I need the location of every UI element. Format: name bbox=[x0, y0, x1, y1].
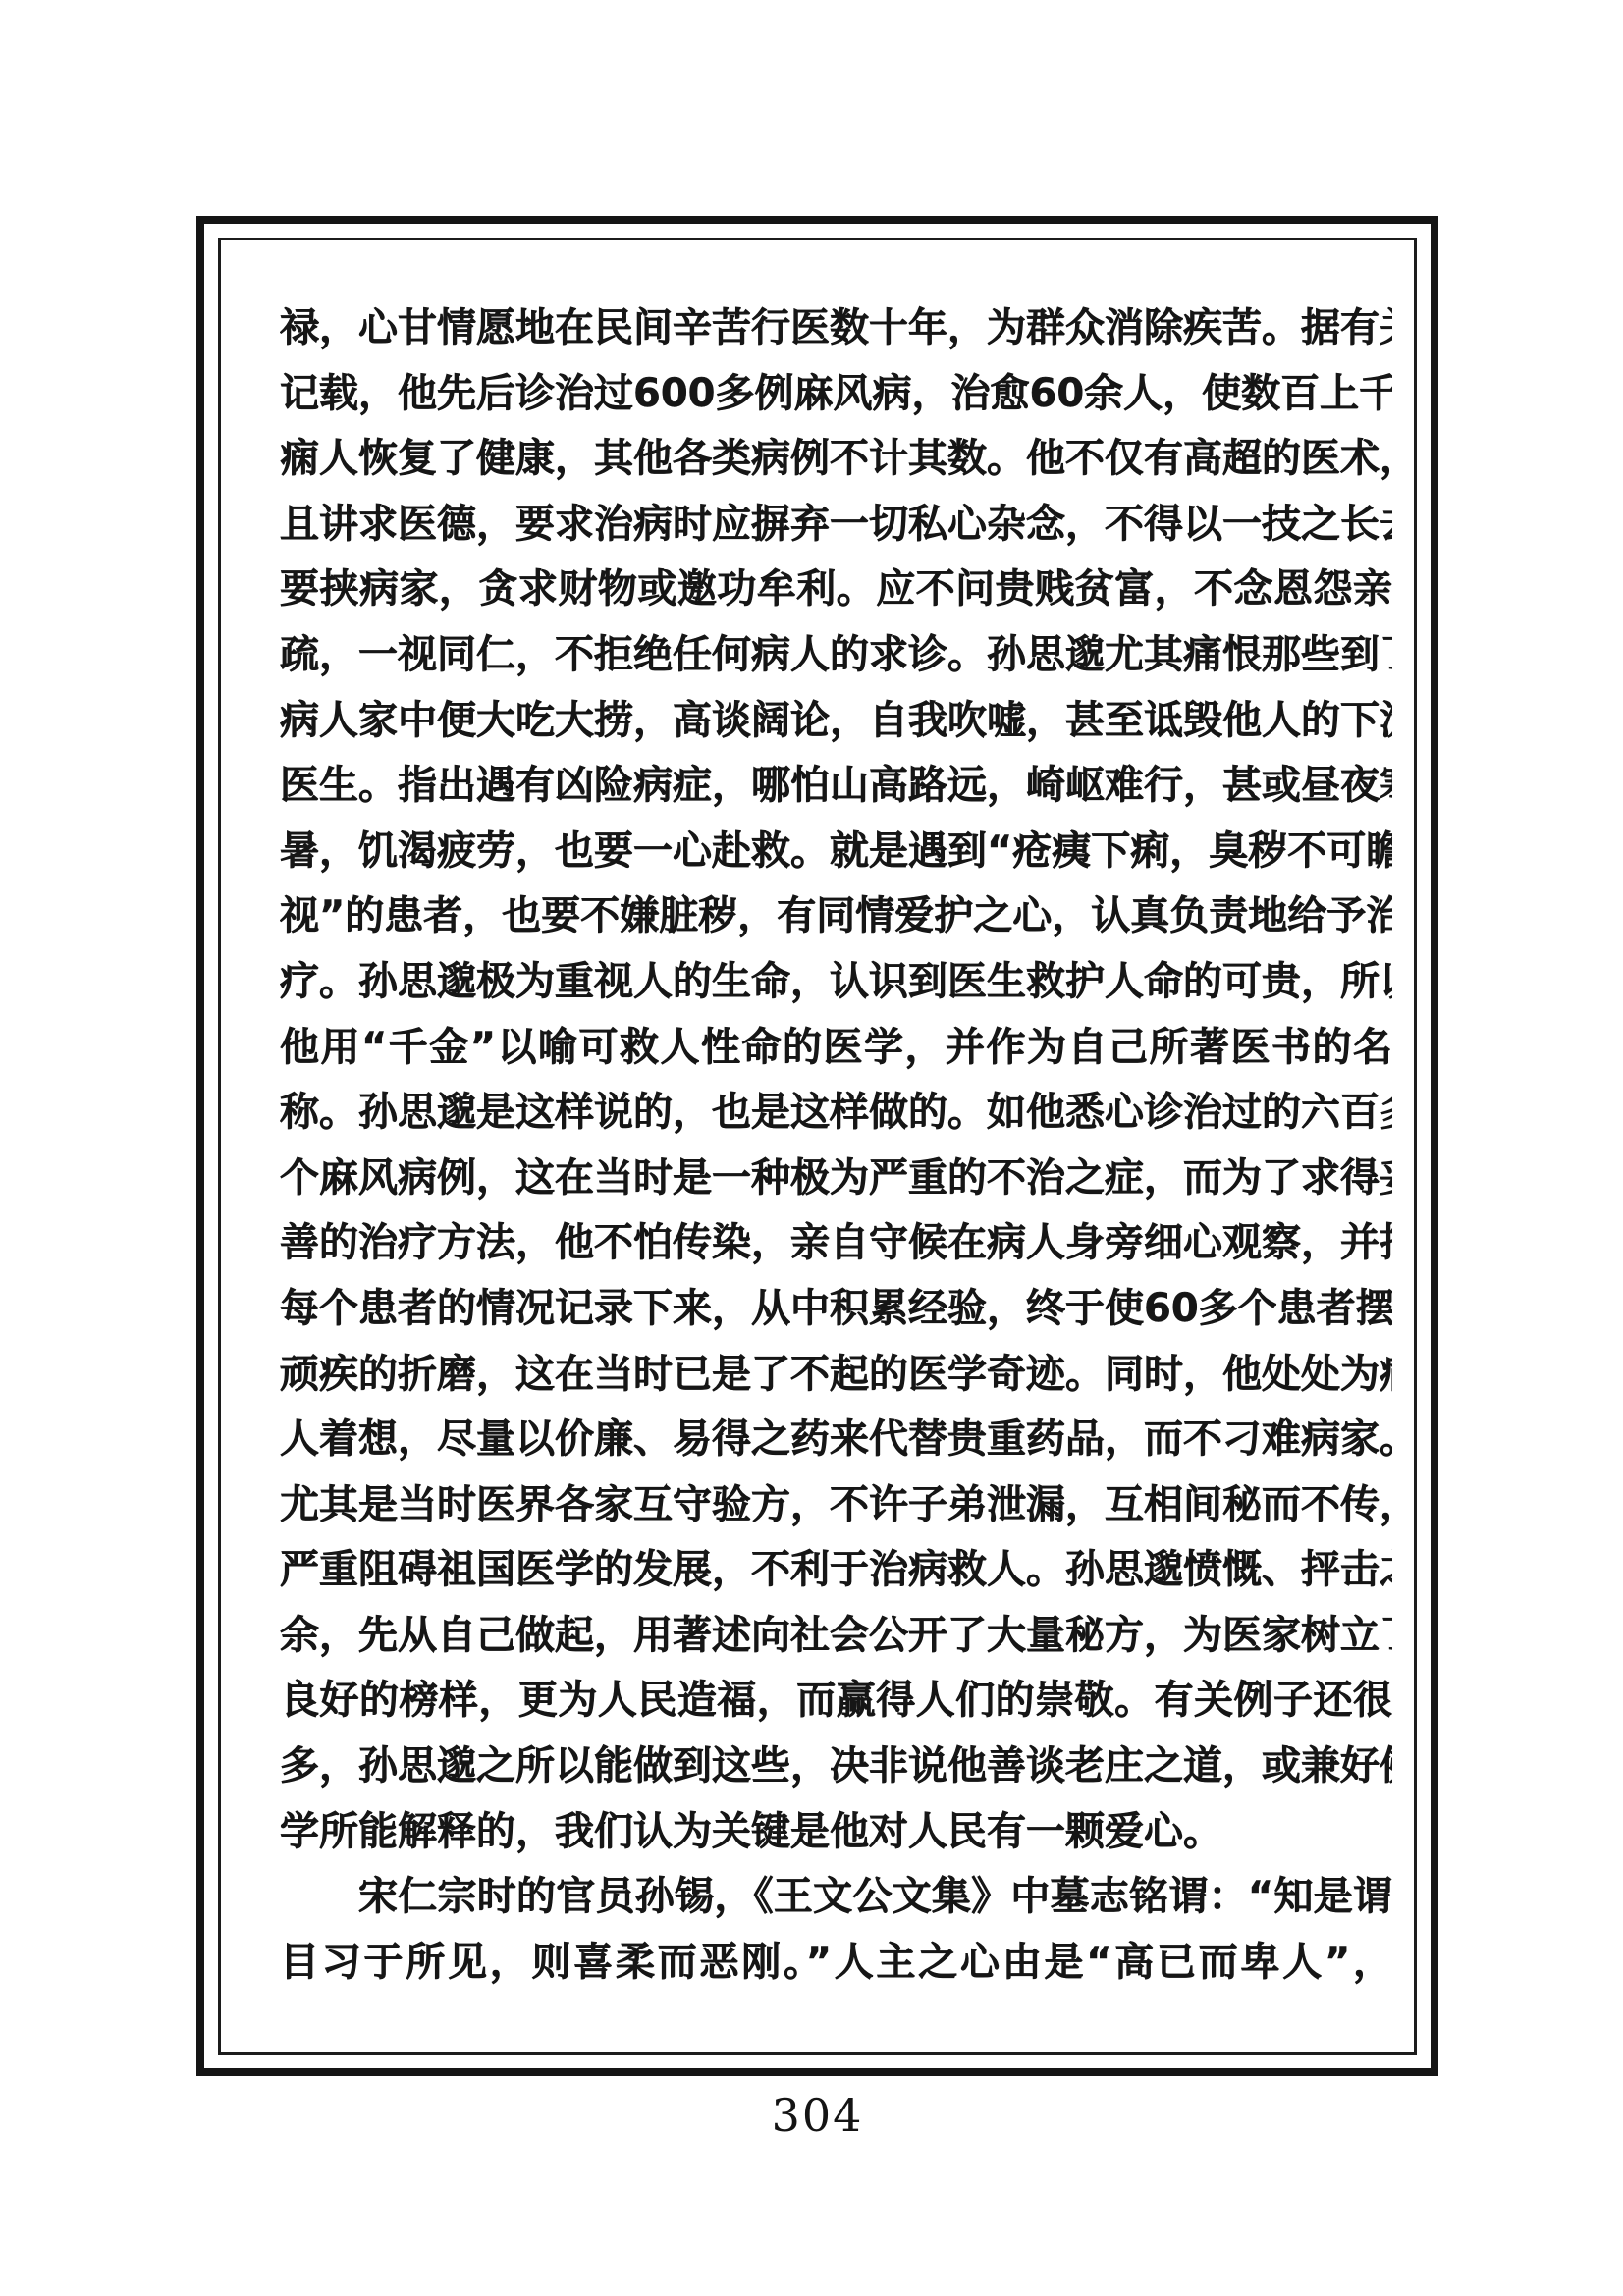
text-line-paragraph-end: 学所能解释的，我们认为关键是他对人民有一颗爱心。 bbox=[280, 1799, 1392, 1865]
page-number: 304 bbox=[196, 2089, 1438, 2142]
page-frame-inner: 禄，心甘情愿地在民间辛苦行医数十年，为群众消除疾苦。据有关 记载，他先后诊治过6… bbox=[218, 238, 1417, 2055]
body-text-block: 禄，心甘情愿地在民间辛苦行医数十年，为群众消除疾苦。据有关 记载，他先后诊治过6… bbox=[280, 295, 1392, 1995]
text-line: 医生。指出遇有凶险病症，哪怕山高路远，崎岖难行，甚或昼夜寒 bbox=[280, 753, 1392, 819]
scanned-book-page: 禄，心甘情愿地在民间辛苦行医数十年，为群众消除疾苦。据有关 记载，他先后诊治过6… bbox=[0, 0, 1623, 2296]
text-line: 个麻风病例，这在当时是一种极为严重的不治之症，而为了求得妥 bbox=[280, 1146, 1392, 1211]
text-line: 他用“千金”以喻可救人性命的医学，并作为自己所著医书的名 bbox=[280, 1015, 1392, 1081]
text-line: 尤其是当时医界各家互守验方，不许子弟泄漏，互相间秘而不传， bbox=[280, 1472, 1392, 1538]
text-line: 暑，饥渴疲劳，也要一心赴救。就是遇到“疮痍下痢，臭秽不可瞻 bbox=[280, 819, 1392, 884]
text-line: 疗。孙思邈极为重视人的生命，认识到医生救护人命的可贵，所以 bbox=[280, 949, 1392, 1015]
page-frame-outer: 禄，心甘情愿地在民间辛苦行医数十年，为群众消除疾苦。据有关 记载，他先后诊治过6… bbox=[196, 216, 1438, 2076]
text-line: 余，先从自己做起，用著述向社会公开了大量秘方，为医家树立了 bbox=[280, 1603, 1392, 1669]
text-line: 目习于所见，则喜柔而恶刚。”人主之心由是“高已而卑人”， bbox=[280, 1930, 1392, 1996]
text-line: 多，孙思邈之所以能做到这些，决非说他善谈老庄之道，或兼好佛 bbox=[280, 1734, 1392, 1799]
text-line: 病人家中便大吃大捞，高谈阔论，自我吹嘘，甚至诋毁他人的下流 bbox=[280, 688, 1392, 754]
text-line: 良好的榜样，更为人民造福，而赢得人们的崇敬。有关例子还很 bbox=[280, 1668, 1392, 1734]
text-line: 善的治疗方法，他不怕传染，亲自守候在病人身旁细心观察，并把 bbox=[280, 1210, 1392, 1276]
text-line: 严重阻碍祖国医学的发展，不利于治病救人。孙思邈愤慨、抨击之 bbox=[280, 1537, 1392, 1603]
text-line: 疏，一视同仁，不拒绝任何病人的求诊。孙思邈尤其痛恨那些到了 bbox=[280, 622, 1392, 688]
text-line: 称。孙思邈是这样说的，也是这样做的。如他悉心诊治过的六百多 bbox=[280, 1080, 1392, 1146]
text-line: 要挟病家，贪求财物或邀功牟利。应不问贵贱贫富，不念恩怨亲 bbox=[280, 557, 1392, 622]
text-line: 顽疾的折磨，这在当时已是了不起的医学奇迹。同时，他处处为病 bbox=[280, 1342, 1392, 1408]
text-line: 人着想，尽量以价廉、易得之药来代替贵重药品，而不刁难病家。 bbox=[280, 1407, 1392, 1472]
text-line-paragraph-start: 宋仁宗时的官员孙锡，《王文公文集》中墓志铭谓：“知是谓 bbox=[280, 1864, 1392, 1930]
text-line: 视”的患者，也要不嫌脏秽，有同情爱护之心，认真负责地给予治 bbox=[280, 883, 1392, 949]
text-line: 记载，他先后诊治过600多例麻风病，治愈60余人，使数百上千的癫 bbox=[280, 361, 1392, 427]
text-line: 每个患者的情况记录下来，从中积累经验，终于使60多个患者摆脱 bbox=[280, 1276, 1392, 1342]
text-line: 禄，心甘情愿地在民间辛苦行医数十年，为群众消除疾苦。据有关 bbox=[280, 295, 1392, 361]
text-line: 痫人恢复了健康，其他各类病例不计其数。他不仅有高超的医术， bbox=[280, 426, 1392, 492]
text-line: 且讲求医德，要求治病时应摒弃一切私心杂念，不得以一技之长去 bbox=[280, 492, 1392, 558]
